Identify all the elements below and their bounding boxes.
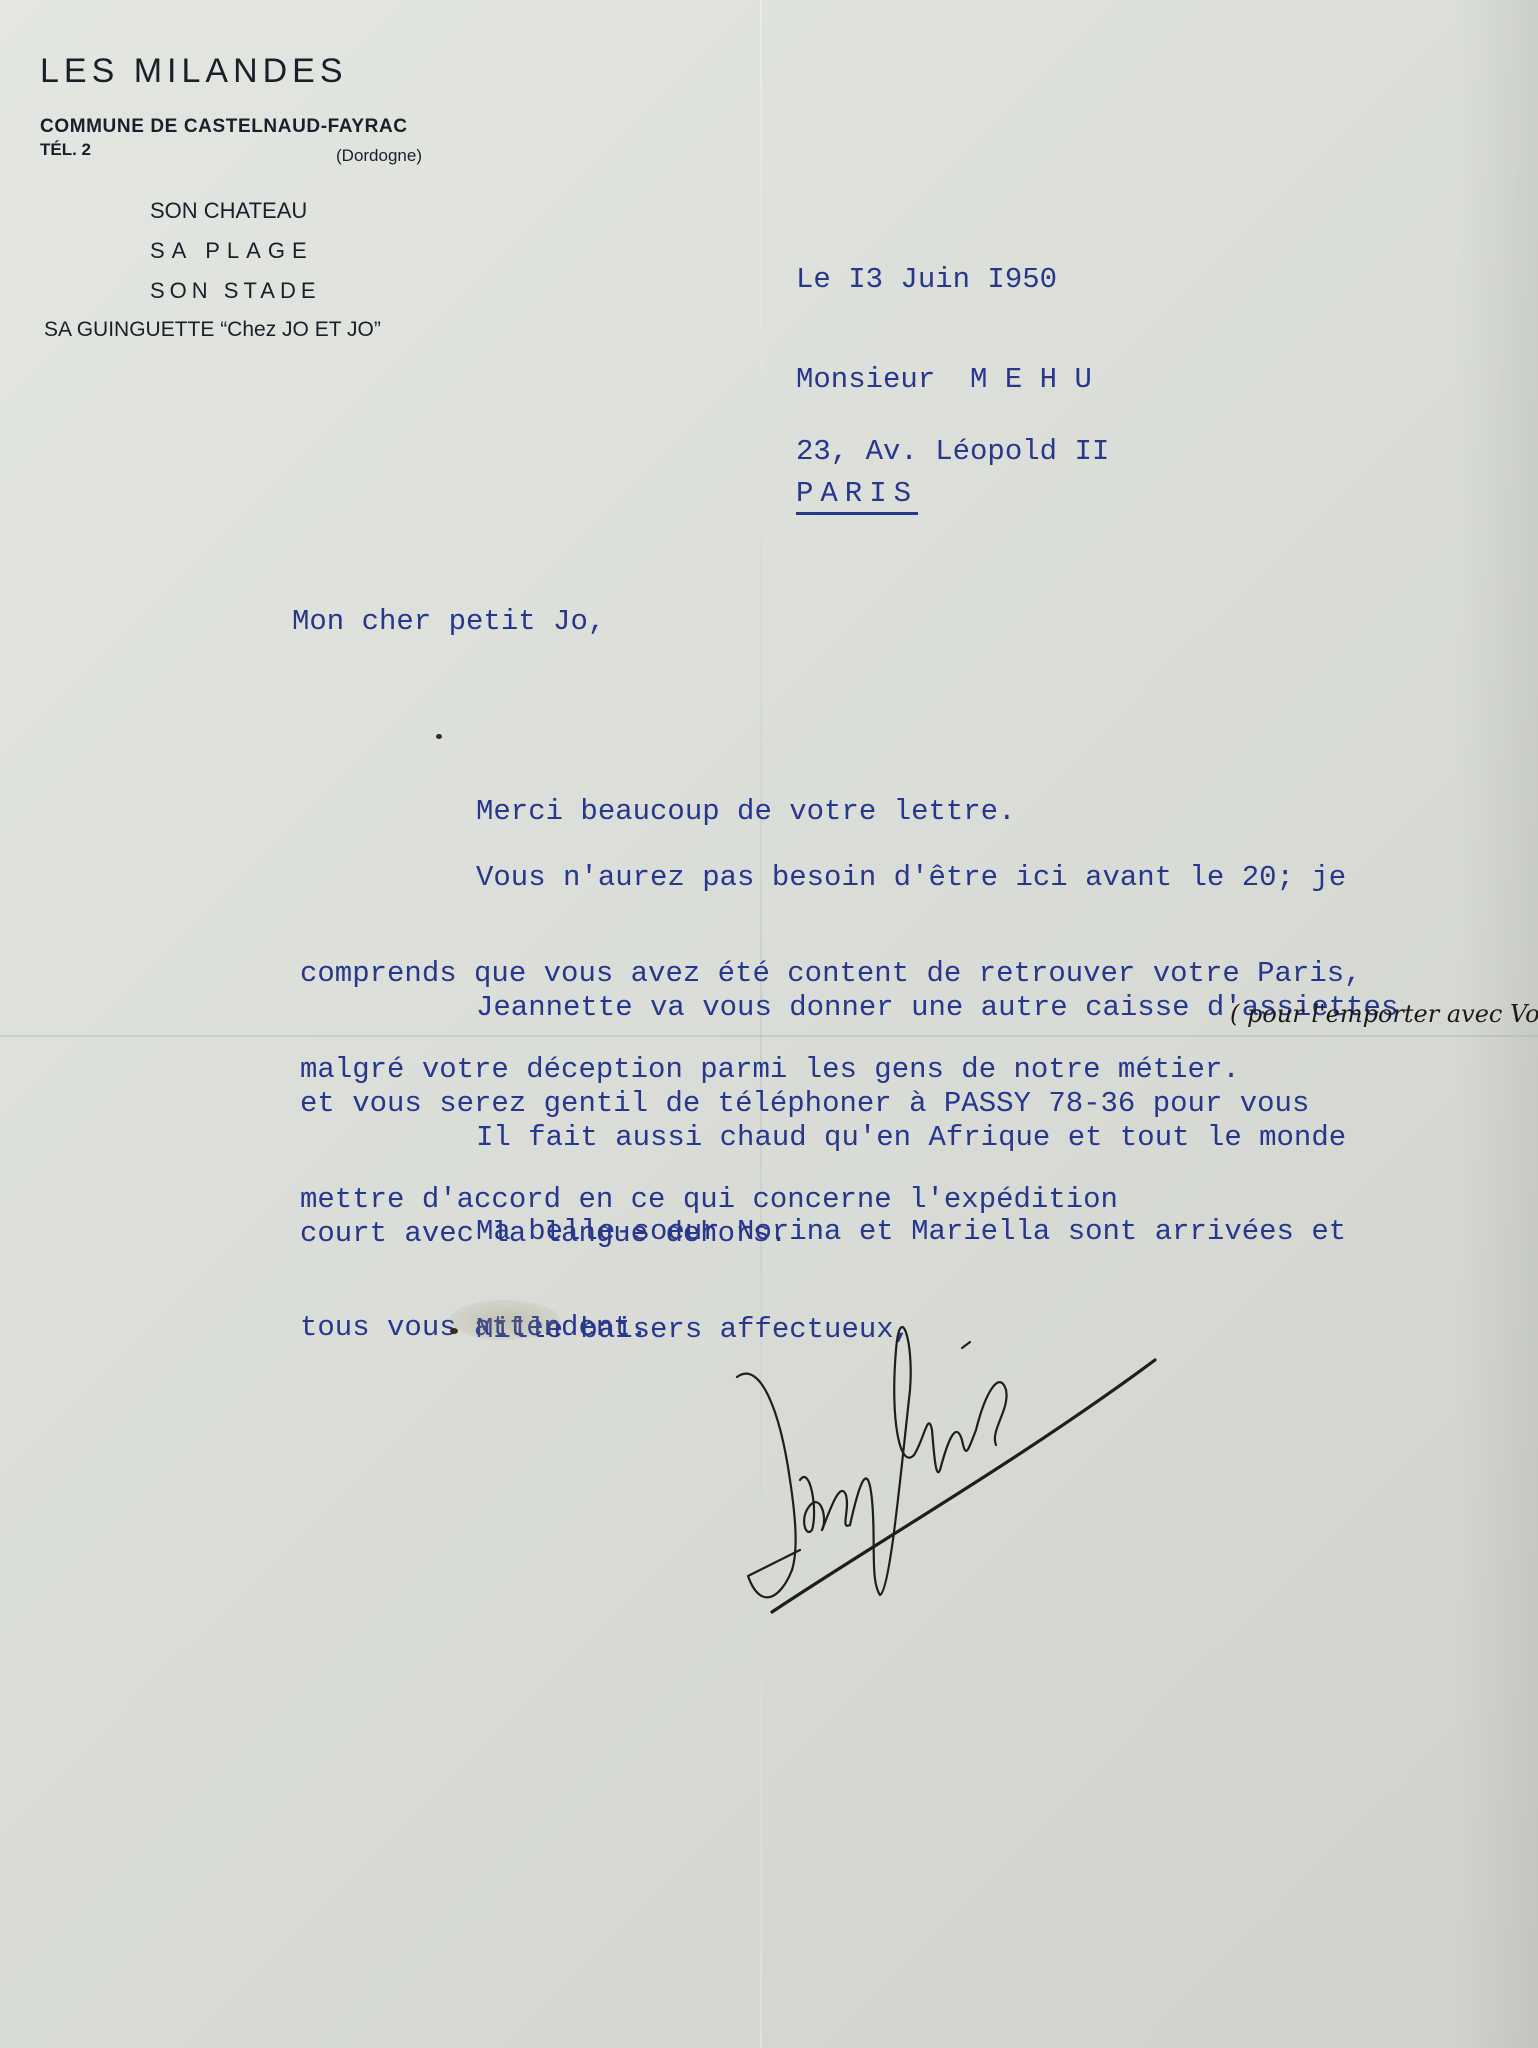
letterhead-attraction: SON STADE xyxy=(150,278,321,304)
paragraph-line: Il fait aussi chaud qu'en Afrique et tou… xyxy=(300,1122,1346,1154)
letterhead-title: LES MILANDES xyxy=(40,52,348,91)
handwritten-note: ( pour l'emporter avec Vo xyxy=(1230,1000,1538,1028)
letterhead-commune: COMMUNE DE CASTELNAUD-FAYRAC xyxy=(40,116,408,138)
ink-speck xyxy=(436,734,442,739)
recipient-address: 23, Av. Léopold II xyxy=(796,436,1109,468)
paragraph-line: Vous n'aurez pas besoin d'être ici avant… xyxy=(300,862,1362,894)
letterhead-phone: TÉL. 2 xyxy=(40,140,91,160)
paper-stain xyxy=(450,1300,560,1340)
recipient-city: PARIS xyxy=(796,478,918,515)
letter-date: Le I3 Juin I950 xyxy=(796,264,1057,296)
letterhead-attraction: SA GUINGUETTE “Chez JO ET JO” xyxy=(44,318,381,342)
letterhead-attraction: SA PLAGE xyxy=(150,238,314,264)
paragraph-line: Ma belle-soeur Norina et Mariella sont a… xyxy=(300,1216,1346,1248)
recipient-name: Monsieur M E H U xyxy=(796,364,1092,396)
ink-speck xyxy=(450,1328,458,1334)
salutation: Mon cher petit Jo, xyxy=(292,606,605,638)
letterhead-department: (Dordogne) xyxy=(336,146,422,166)
letterhead-attraction: SON CHATEAU xyxy=(150,198,307,224)
signature xyxy=(700,1280,1200,1660)
